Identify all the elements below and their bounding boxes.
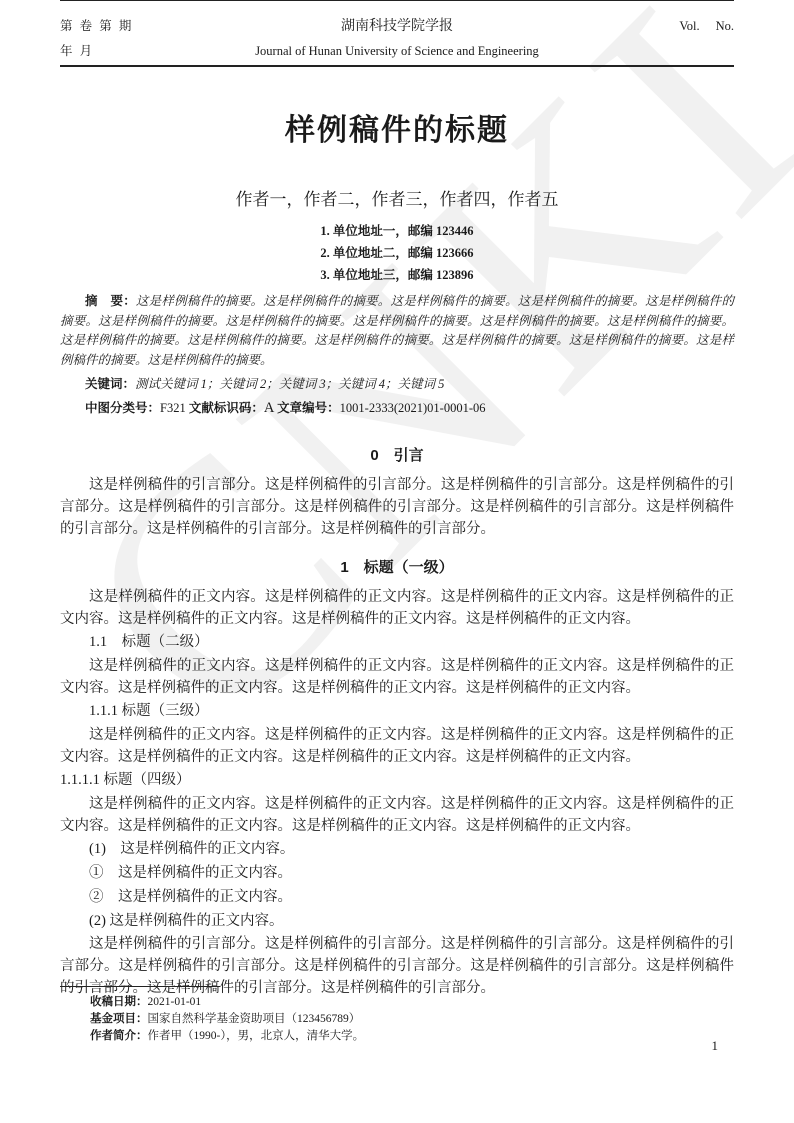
section-heading: 1.1 标题（二级） bbox=[60, 631, 734, 654]
keywords-line: 关键词：测试关键词 1；关键词 2；关键词 3；关键词 4；关键词 5 bbox=[60, 374, 734, 394]
footnote-block: 收稿日期：2021-01-01 基金项目：国家自然科学基金资助项目（123456… bbox=[60, 986, 734, 1045]
keywords-text: 测试关键词 1；关键词 2；关键词 3；关键词 4；关键词 5 bbox=[135, 377, 444, 391]
list-item: ① 这是样例稿件的正文内容。 bbox=[60, 861, 734, 885]
volume-info: Vol.No. bbox=[574, 19, 734, 34]
date-info: 年 月 bbox=[60, 41, 220, 59]
abstract: 摘 要：这是样例稿件的摘要。这是样例稿件的摘要。这是样例稿件的摘要。这是样例稿件… bbox=[60, 292, 734, 370]
article-id-value: 1001-2333(2021)01-0001-06 bbox=[340, 401, 486, 415]
abstract-text: 这是样例稿件的摘要。这是样例稿件的摘要。这是样例稿件的摘要。这是样例稿件的摘要。… bbox=[60, 294, 734, 367]
paragraph: 这是样例稿件的正文内容。这是样例稿件的正文内容。这是样例稿件的正文内容。这是样例… bbox=[60, 586, 734, 630]
list-item: (1) 这是样例稿件的正文内容。 bbox=[60, 837, 734, 861]
header-rule bbox=[60, 65, 734, 67]
paragraph: 这是样例稿件的正文内容。这是样例稿件的正文内容。这是样例稿件的正文内容。这是样例… bbox=[60, 724, 734, 768]
list-item: ② 这是样例稿件的正文内容。 bbox=[60, 885, 734, 909]
fund-line: 基金项目：国家自然科学基金资助项目（123456789） bbox=[60, 1011, 734, 1028]
received-label: 收稿日期： bbox=[90, 996, 148, 1008]
section-heading: 1 标题（一级） bbox=[60, 556, 734, 577]
section-heading: 1.1.1.1 标题（四级） bbox=[60, 769, 734, 792]
vol-label: Vol. bbox=[679, 19, 699, 33]
no-label: No. bbox=[716, 19, 734, 33]
page-number: 1 bbox=[712, 1038, 719, 1054]
affiliation-line: 3. 单位地址三，邮编 123896 bbox=[60, 264, 734, 286]
section-heading: 0 引言 bbox=[60, 444, 734, 465]
running-head: 第 卷 第 期 湖南科技学院学报 Vol.No. 年 月 Journal of … bbox=[60, 0, 734, 67]
classification-line: 中图分类号：F321 文献标识码：A 文章编号：1001-2333(2021)0… bbox=[60, 398, 734, 418]
author-bio-line: 作者简介：作者甲（1990-），男，北京人，清华大学。 bbox=[60, 1028, 734, 1045]
section-heading: 1.1.1 标题（三级） bbox=[60, 700, 734, 723]
affiliation-list: 1. 单位地址一，邮编 123446 2. 单位地址二，邮编 123666 3.… bbox=[60, 220, 734, 286]
paragraph: 这是样例稿件的引言部分。这是样例稿件的引言部分。这是样例稿件的引言部分。这是样例… bbox=[60, 474, 734, 540]
article-id-label: 文章编号： bbox=[277, 401, 340, 415]
doc-code-label: 文献标识码： bbox=[189, 401, 264, 415]
paragraph: 这是样例稿件的正文内容。这是样例稿件的正文内容。这是样例稿件的正文内容。这是样例… bbox=[60, 655, 734, 699]
article-title: 样例稿件的标题 bbox=[60, 105, 734, 149]
journal-name-en: Journal of Hunan University of Science a… bbox=[220, 44, 574, 59]
received-date-line: 收稿日期：2021-01-01 bbox=[60, 994, 734, 1011]
article-body: 0 引言这是样例稿件的引言部分。这是样例稿件的引言部分。这是样例稿件的引言部分。… bbox=[60, 444, 734, 999]
fund-value: 国家自然科学基金资助项目（123456789） bbox=[148, 1013, 361, 1025]
author-list: 作者一，作者二，作者三，作者四，作者五 bbox=[60, 185, 734, 210]
document-page: CNKI 第 卷 第 期 湖南科技学院学报 Vol.No. 年 月 Journa… bbox=[0, 0, 794, 1123]
affiliation-line: 1. 单位地址一，邮编 123446 bbox=[60, 220, 734, 242]
keywords-label: 关键词： bbox=[85, 377, 135, 391]
abstract-label: 摘 要： bbox=[85, 294, 136, 308]
footnote-rule bbox=[60, 986, 220, 987]
journal-name-cn: 湖南科技学院学报 bbox=[220, 15, 574, 35]
paragraph: 这是样例稿件的正文内容。这是样例稿件的正文内容。这是样例稿件的正文内容。这是样例… bbox=[60, 793, 734, 837]
bio-label: 作者简介： bbox=[90, 1030, 148, 1042]
list-item: (2) 这是样例稿件的正文内容。 bbox=[60, 909, 734, 933]
fund-label: 基金项目： bbox=[90, 1013, 148, 1025]
bio-value: 作者甲（1990-），男，北京人，清华大学。 bbox=[148, 1030, 365, 1042]
clc-value: F321 bbox=[160, 401, 189, 415]
affiliation-line: 2. 单位地址二，邮编 123666 bbox=[60, 242, 734, 264]
received-value: 2021-01-01 bbox=[148, 996, 202, 1008]
doc-code-value: A bbox=[264, 400, 277, 416]
issue-info: 第 卷 第 期 bbox=[60, 16, 220, 34]
clc-label: 中图分类号： bbox=[85, 401, 160, 415]
